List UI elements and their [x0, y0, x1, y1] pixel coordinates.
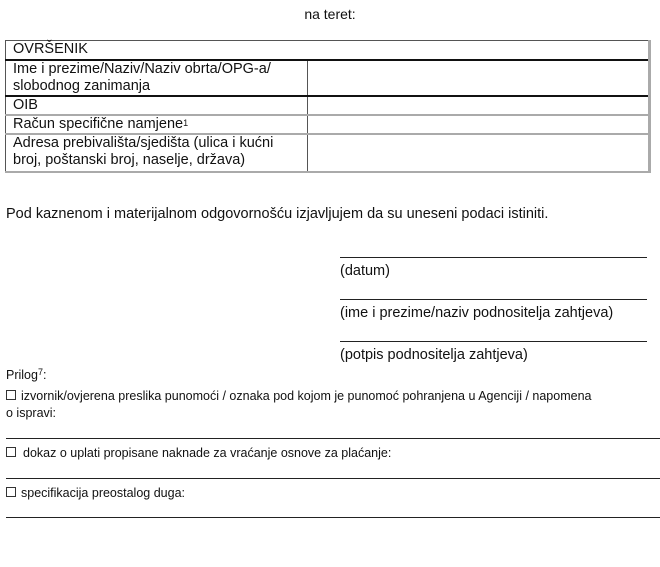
fee-proof-fill-line[interactable]	[6, 478, 660, 479]
table-row: Ime i prezime/Naziv/Naziv obrta/OPG-a/ s…	[6, 60, 650, 96]
address-label: Adresa prebivališta/sjedišta (ulica i ku…	[6, 134, 308, 172]
footnote-marker: 1	[183, 118, 188, 128]
signature-line[interactable]	[340, 341, 647, 342]
oib-field[interactable]	[308, 96, 650, 115]
account-field[interactable]	[308, 115, 650, 134]
date-signature-line[interactable]	[340, 257, 647, 258]
attachment-item-power-of-attorney-cont: o ispravi:	[6, 406, 56, 420]
debt-spec-fill-line[interactable]	[6, 517, 660, 518]
debtor-table: OVRŠENIK Ime i prezime/Naziv/Naziv obrta…	[5, 40, 651, 173]
checkbox-icon[interactable]	[6, 390, 16, 400]
signature-label: (potpis podnositelja zahtjeva)	[340, 347, 528, 363]
attachment-item-debt-spec: specifikacija preostalog duga:	[6, 486, 185, 500]
table-title: OVRŠENIK	[6, 41, 650, 61]
footnote-marker: 7	[38, 367, 43, 377]
address-field[interactable]	[308, 134, 650, 172]
name-label: Ime i prezime/Naziv/Naziv obrta/OPG-a/ s…	[6, 60, 308, 96]
name-field[interactable]	[308, 60, 650, 96]
attachment-item-power-of-attorney: izvornik/ovjerena preslika punomoći / oz…	[6, 389, 591, 403]
name-signature-line[interactable]	[340, 299, 647, 300]
table-row: OIB	[6, 96, 650, 115]
table-row: Adresa prebivališta/sjedišta (ulica i ku…	[6, 134, 650, 172]
liability-statement: Pod kaznenom i materijalnom odgovornošću…	[6, 206, 548, 222]
power-of-attorney-fill-line[interactable]	[6, 438, 660, 439]
table-row: Račun specifične namjene1	[6, 115, 650, 134]
checkbox-icon[interactable]	[6, 487, 16, 497]
applicant-name-label: (ime i prezime/naziv podnositelja zahtje…	[340, 305, 613, 321]
date-label: (datum)	[340, 263, 390, 279]
attachment-item-fee-proof: dokaz o uplati propisane naknade za vrać…	[6, 446, 391, 460]
attachments-title: Prilog7:	[6, 368, 46, 382]
account-label: Račun specifične namjene1	[6, 115, 308, 134]
oib-label: OIB	[6, 96, 308, 115]
checkbox-icon[interactable]	[6, 447, 16, 457]
section-heading-na-teret: na teret:	[0, 6, 660, 22]
